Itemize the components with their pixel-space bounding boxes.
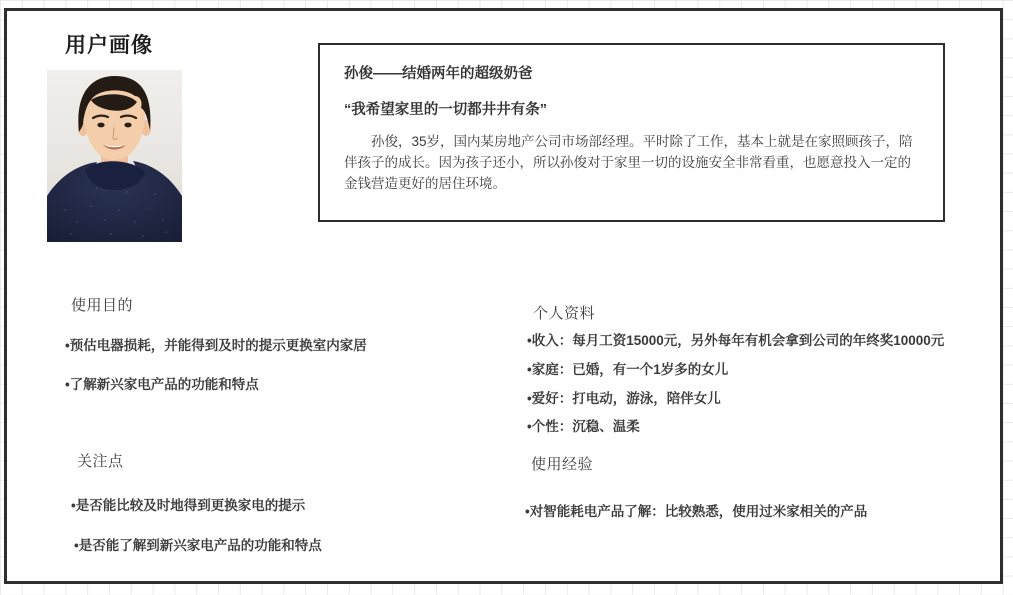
list-item: •对智能耗电产品了解：比较熟悉，使用过米家相关的产品 bbox=[525, 504, 867, 520]
personal-info-heading: 个人资料 bbox=[527, 302, 944, 323]
portrait-illustration bbox=[47, 70, 182, 242]
section-usage-experience: 使用经验 •对智能耗电产品了解：比较熟悉，使用过米家相关的产品 bbox=[525, 453, 867, 520]
personal-info-list: •收入：每月工资15000元，另外每年有机会拿到公司的年终奖10000元 •家庭… bbox=[527, 333, 944, 435]
section-personal-info: 个人资料 •收入：每月工资15000元，另外每年有机会拿到公司的年终奖10000… bbox=[527, 302, 944, 435]
list-item: •了解新兴家电产品的功能和特点 bbox=[65, 377, 367, 393]
usage-purpose-list: •预估电器损耗，并能得到及时的提示更换室内家居 •了解新兴家电产品的功能和特点 bbox=[65, 338, 367, 393]
list-item: •家庭：已婚，有一个1岁多的女儿 bbox=[527, 362, 944, 378]
usage-experience-heading: 使用经验 bbox=[525, 453, 867, 474]
usage-experience-list: •对智能耗电产品了解：比较熟悉，使用过米家相关的产品 bbox=[525, 504, 867, 520]
section-focus-points: 关注点 •是否能比较及时地得到更换家电的提示 •是否能了解到新兴家电产品的功能和… bbox=[71, 450, 322, 554]
list-item: •个性：沉稳、温柔 bbox=[527, 419, 944, 435]
persona-page: 用户画像 bbox=[4, 8, 1003, 584]
list-item: •是否能比较及时地得到更换家电的提示 bbox=[71, 498, 322, 514]
persona-name-line: 孙俊——结婚两年的超级奶爸 bbox=[344, 62, 921, 83]
list-item: •是否能了解到新兴家电产品的功能和特点 bbox=[71, 538, 322, 554]
profile-summary-box: 孙俊——结婚两年的超级奶爸 “我希望家里的一切都井井有条” 孙俊，35岁，国内某… bbox=[318, 43, 945, 222]
persona-quote: “我希望家里的一切都井井有条” bbox=[344, 98, 921, 119]
persona-photo bbox=[47, 70, 182, 242]
section-usage-purpose: 使用目的 •预估电器损耗，并能得到及时的提示更换室内家居 •了解新兴家电产品的功… bbox=[65, 294, 367, 393]
list-item: •爱好：打电动，游泳，陪伴女儿 bbox=[527, 391, 944, 407]
list-item: •预估电器损耗，并能得到及时的提示更换室内家居 bbox=[65, 338, 367, 354]
focus-points-list: •是否能比较及时地得到更换家电的提示 •是否能了解到新兴家电产品的功能和特点 bbox=[71, 498, 322, 554]
usage-purpose-heading: 使用目的 bbox=[65, 294, 367, 315]
page-title: 用户画像 bbox=[65, 29, 153, 59]
persona-description: 孙俊，35岁，国内某房地产公司市场部经理。平时除了工作，基本上就是在家照顾孩子，… bbox=[344, 131, 921, 194]
list-item: •收入：每月工资15000元，另外每年有机会拿到公司的年终奖10000元 bbox=[527, 333, 944, 349]
focus-points-heading: 关注点 bbox=[71, 450, 322, 471]
